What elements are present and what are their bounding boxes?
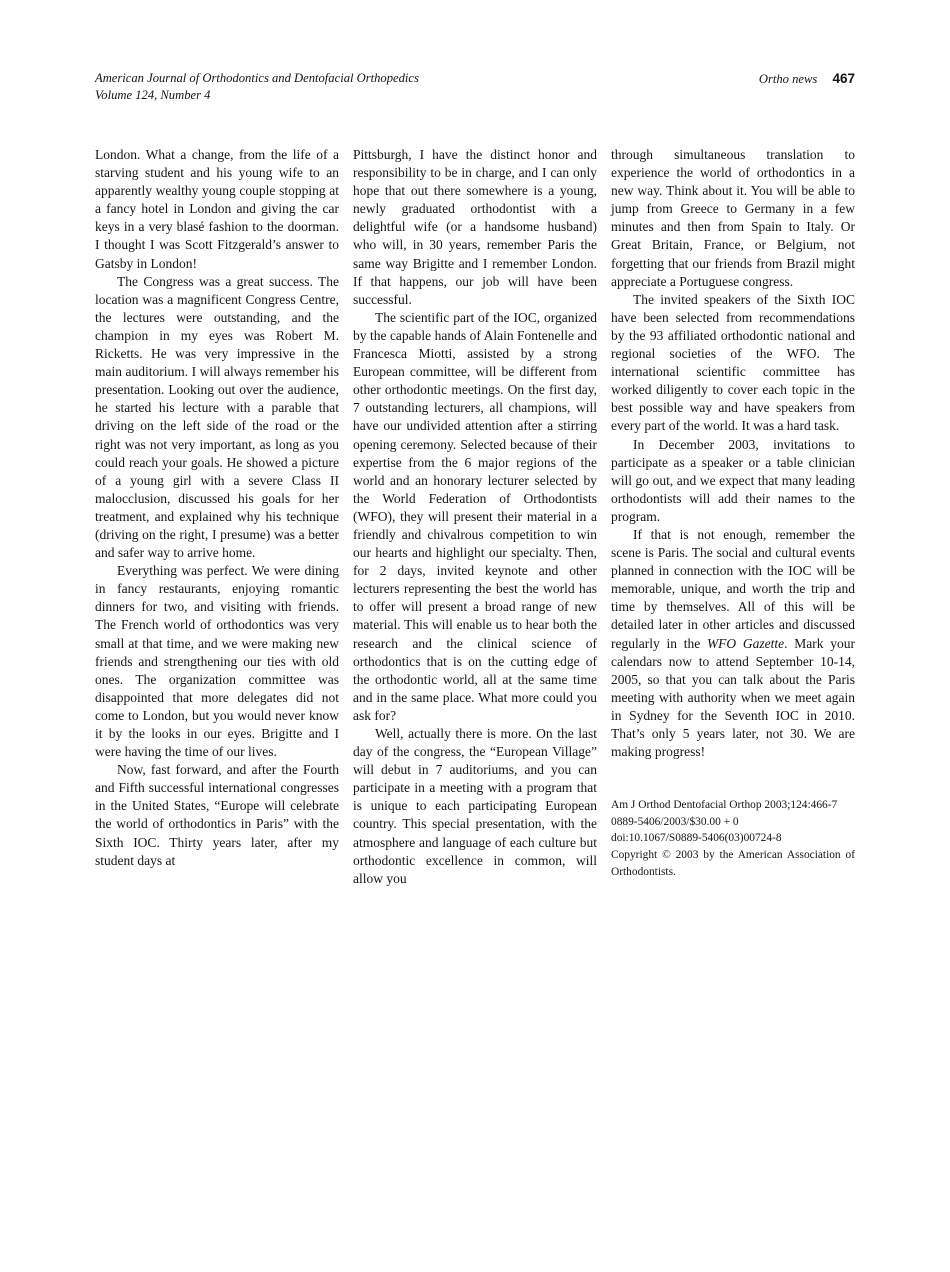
volume-line: Volume 124, Number 4 — [95, 87, 419, 104]
text-run: In December 2003, invitations to partici… — [611, 437, 855, 524]
text-run: If that is not enough, remember the scen… — [611, 527, 855, 651]
text-run: London. What a change, from the life of … — [95, 147, 339, 271]
text-run: Now, fast forward, and after the Fourth … — [95, 762, 339, 867]
paragraph: The invited speakers of the Sixth IOC ha… — [611, 291, 855, 436]
column-3: through simultaneous translation to expe… — [611, 146, 855, 888]
text-run: through simultaneous translation to expe… — [611, 147, 855, 289]
column-2: Pittsburgh, I have the distinct honor an… — [353, 146, 597, 888]
issn-line: 0889-5406/2003/$30.00 + 0 — [611, 814, 855, 831]
paragraph: Now, fast forward, and after the Fourth … — [95, 761, 339, 870]
article-body: London. What a change, from the life of … — [95, 146, 855, 888]
paragraph: Everything was perfect. We were dining i… — [95, 562, 339, 761]
journal-page: American Journal of Orthodontics and Den… — [0, 0, 950, 1272]
text-run: Everything was perfect. We were dining i… — [95, 563, 339, 759]
paragraph: In December 2003, invitations to partici… — [611, 436, 855, 526]
paragraph: Well, actually there is more. On the las… — [353, 725, 597, 888]
page-number: 467 — [832, 71, 855, 86]
section-title: Ortho news — [759, 72, 817, 86]
text-run: The scientific part of the IOC, organize… — [353, 310, 597, 723]
journal-title: American Journal of Orthodontics and Den… — [95, 70, 419, 87]
text-run: Well, actually there is more. On the las… — [353, 726, 597, 886]
header-right: Ortho news 467 — [759, 70, 855, 88]
text-run: The Congress was a great success. The lo… — [95, 274, 339, 560]
paragraph: London. What a change, from the life of … — [95, 146, 339, 273]
paragraph: The scientific part of the IOC, organize… — [353, 309, 597, 725]
page-header: American Journal of Orthodontics and Den… — [95, 70, 855, 104]
text-run: Pittsburgh, I have the distinct honor an… — [353, 147, 597, 307]
text-run: The invited speakers of the Sixth IOC ha… — [611, 292, 855, 434]
text-run: . Mark your calendars now to attend Sept… — [611, 636, 855, 760]
doi-line: doi:10.1067/S0889-5406(03)00724-8 — [611, 830, 855, 847]
paragraph: through simultaneous translation to expe… — [611, 146, 855, 291]
citation-line: Am J Orthod Dentofacial Orthop 2003;124:… — [611, 797, 855, 814]
copyright-line: Copyright © 2003 by the American Associa… — [611, 847, 855, 880]
paragraph: Pittsburgh, I have the distinct honor an… — [353, 146, 597, 309]
paragraph: The Congress was a great success. The lo… — [95, 273, 339, 563]
paragraph: If that is not enough, remember the scen… — [611, 526, 855, 761]
citation-block: Am J Orthod Dentofacial Orthop 2003;124:… — [611, 797, 855, 880]
column-1: London. What a change, from the life of … — [95, 146, 339, 888]
header-left: American Journal of Orthodontics and Den… — [95, 70, 419, 104]
italic-text-run: WFO Gazette — [707, 636, 784, 651]
column-3-paragraphs: through simultaneous translation to expe… — [611, 146, 855, 761]
